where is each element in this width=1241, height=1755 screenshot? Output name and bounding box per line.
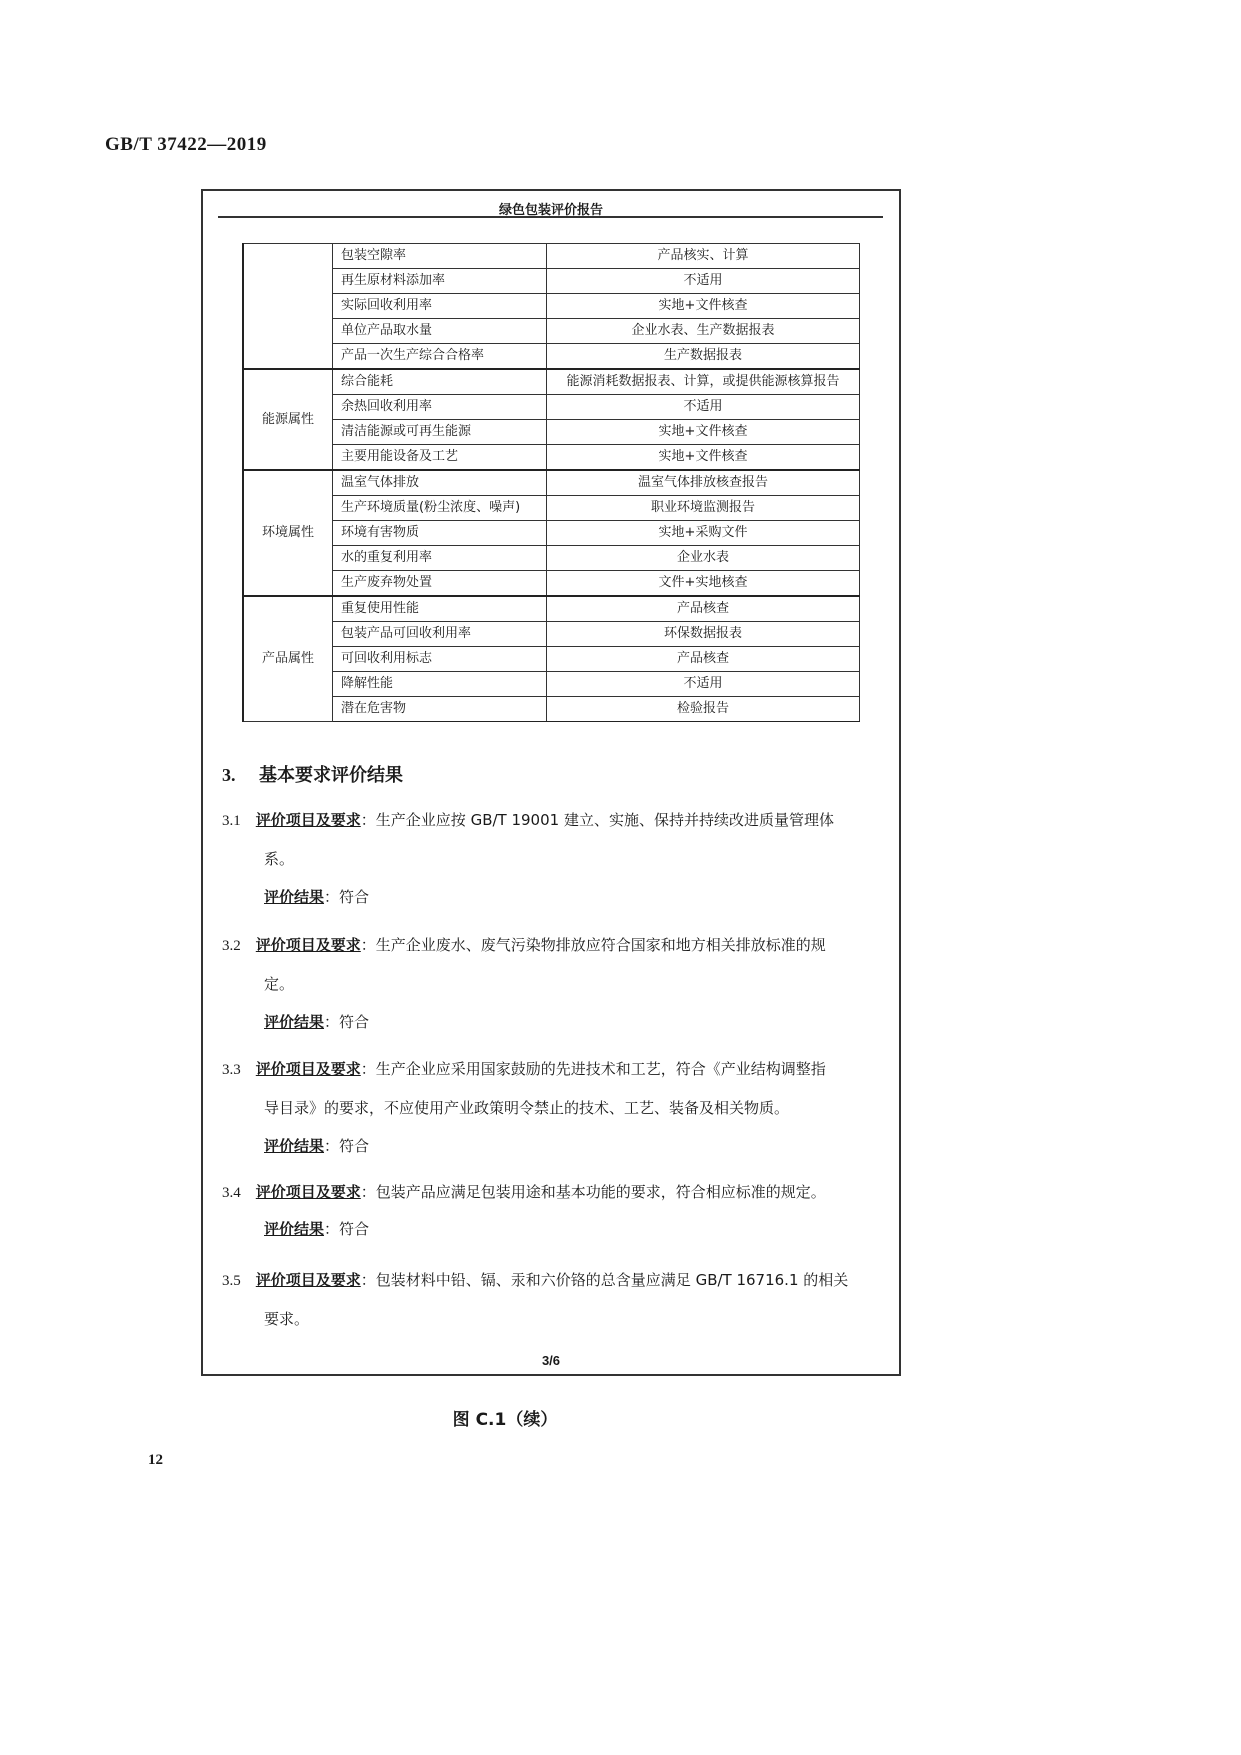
table-row: 清洁能源或可再生能源 实地+文件核查 bbox=[243, 420, 860, 445]
result-value: ：符合 bbox=[324, 1220, 369, 1238]
method-cell: 产品核实、计算 bbox=[547, 244, 860, 269]
result-label: 评价结果 bbox=[264, 1013, 324, 1031]
table-row: 再生原材料添加率 不适用 bbox=[243, 269, 860, 294]
requirement-number: 3.3 bbox=[222, 1051, 251, 1089]
method-cell: 产品核查 bbox=[547, 647, 860, 672]
report-page-indicator: 3/6 bbox=[203, 1353, 899, 1368]
item-cell: 生产废弃物处置 bbox=[333, 571, 547, 597]
table-row: 可回收利用标志 产品核查 bbox=[243, 647, 860, 672]
evaluation-result: 评价结果：符合 bbox=[222, 878, 887, 916]
result-label: 评价结果 bbox=[264, 1220, 324, 1238]
report-frame: 绿色包装评价报告 包装空隙率 产品核实、计算 再生原材料添加率 不适用 实际回收… bbox=[201, 189, 901, 1376]
method-cell: 职业环境监测报告 bbox=[547, 496, 860, 521]
requirement-3-3: 3.3 评价项目及要求：生产企业应采用国家鼓励的先进技术和工艺，符合《产业结构调… bbox=[222, 1050, 887, 1165]
evaluation-result: 评价结果：符合 bbox=[222, 1003, 887, 1041]
requirement-label: 评价项目及要求 bbox=[256, 1271, 361, 1289]
category-cell-environment: 环境属性 bbox=[243, 470, 333, 596]
item-cell: 实际回收利用率 bbox=[333, 294, 547, 319]
title-divider bbox=[218, 216, 883, 218]
table-row: 实际回收利用率 实地+文件核查 bbox=[243, 294, 860, 319]
category-cell-product: 产品属性 bbox=[243, 596, 333, 722]
category-cell bbox=[243, 244, 333, 370]
requirement-text: ：包装产品应满足包装用途和基本功能的要求，符合相应标准的规定。 bbox=[361, 1183, 826, 1201]
section-heading: 3.基本要求评价结果 bbox=[222, 761, 403, 787]
method-cell: 不适用 bbox=[547, 672, 860, 697]
requirement-label: 评价项目及要求 bbox=[256, 811, 361, 829]
requirement-number: 3.2 bbox=[222, 927, 251, 965]
item-cell: 产品一次生产综合合格率 bbox=[333, 344, 547, 370]
method-cell: 检验报告 bbox=[547, 697, 860, 722]
table-row: 包装空隙率 产品核实、计算 bbox=[243, 244, 860, 269]
result-label: 评价结果 bbox=[264, 888, 324, 906]
evaluation-result: 评价结果：符合 bbox=[222, 1211, 887, 1247]
table-row: 降解性能 不适用 bbox=[243, 672, 860, 697]
item-cell: 生产环境质量(粉尘浓度、噪声) bbox=[333, 496, 547, 521]
table-row: 包装产品可回收利用率 环保数据报表 bbox=[243, 622, 860, 647]
method-cell: 不适用 bbox=[547, 269, 860, 294]
method-cell: 实地+文件核查 bbox=[547, 420, 860, 445]
table-row: 主要用能设备及工艺 实地+文件核查 bbox=[243, 445, 860, 471]
table-row: 环境有害物质 实地+采购文件 bbox=[243, 521, 860, 546]
requirement-text-cont: 系。 bbox=[222, 840, 887, 878]
requirement-text: ：生产企业应采用国家鼓励的先进技术和工艺，符合《产业结构调整指 bbox=[361, 1060, 826, 1078]
table-row: 产品一次生产综合合格率 生产数据报表 bbox=[243, 344, 860, 370]
item-cell: 环境有害物质 bbox=[333, 521, 547, 546]
item-cell: 单位产品取水量 bbox=[333, 319, 547, 344]
method-cell: 环保数据报表 bbox=[547, 622, 860, 647]
item-cell: 主要用能设备及工艺 bbox=[333, 445, 547, 471]
method-cell: 产品核查 bbox=[547, 596, 860, 622]
result-value: ：符合 bbox=[324, 1137, 369, 1155]
requirement-text: ：包装材料中铅、镉、汞和六价铬的总含量应满足 GB/T 16716.1 的相关 bbox=[361, 1271, 848, 1289]
method-cell: 企业水表、生产数据报表 bbox=[547, 319, 860, 344]
requirement-text-cont: 导目录》的要求，不应使用产业政策明令禁止的技术、工艺、装备及相关物质。 bbox=[222, 1089, 887, 1127]
category-cell-energy: 能源属性 bbox=[243, 369, 333, 470]
table-row: 产品属性 重复使用性能 产品核查 bbox=[243, 596, 860, 622]
table-row: 水的重复利用率 企业水表 bbox=[243, 546, 860, 571]
requirement-label: 评价项目及要求 bbox=[256, 1183, 361, 1201]
item-cell: 温室气体排放 bbox=[333, 470, 547, 496]
figure-caption: 图 C.1（续） bbox=[0, 1405, 1010, 1430]
table-row: 环境属性 温室气体排放 温室气体排放核查报告 bbox=[243, 470, 860, 496]
standard-header: GB/T 37422—2019 bbox=[105, 134, 267, 156]
table-row: 生产环境质量(粉尘浓度、噪声) 职业环境监测报告 bbox=[243, 496, 860, 521]
item-cell: 清洁能源或可再生能源 bbox=[333, 420, 547, 445]
requirement-number: 3.4 bbox=[222, 1175, 251, 1211]
requirement-number: 3.1 bbox=[222, 802, 251, 840]
section-number: 3. bbox=[222, 765, 259, 786]
item-cell: 可回收利用标志 bbox=[333, 647, 547, 672]
requirement-3-1: 3.1 评价项目及要求：生产企业应按 GB/T 19001 建立、实施、保持并持… bbox=[222, 801, 887, 916]
requirement-number: 3.5 bbox=[222, 1262, 251, 1300]
method-cell: 实地+采购文件 bbox=[547, 521, 860, 546]
table-row: 生产废弃物处置 文件+实地核查 bbox=[243, 571, 860, 597]
requirement-label: 评价项目及要求 bbox=[256, 936, 361, 954]
requirement-3-4: 3.4 评价项目及要求：包装产品应满足包装用途和基本功能的要求，符合相应标准的规… bbox=[222, 1174, 887, 1247]
method-cell: 实地+文件核查 bbox=[547, 294, 860, 319]
evaluation-method-table: 包装空隙率 产品核实、计算 再生原材料添加率 不适用 实际回收利用率 实地+文件… bbox=[242, 243, 860, 722]
item-cell: 余热回收利用率 bbox=[333, 395, 547, 420]
requirement-label: 评价项目及要求 bbox=[256, 1060, 361, 1078]
table-row: 单位产品取水量 企业水表、生产数据报表 bbox=[243, 319, 860, 344]
method-cell: 生产数据报表 bbox=[547, 344, 860, 370]
requirement-text-cont: 定。 bbox=[222, 965, 887, 1003]
method-cell: 温室气体排放核查报告 bbox=[547, 470, 860, 496]
item-cell: 降解性能 bbox=[333, 672, 547, 697]
evaluation-result: 评价结果：符合 bbox=[222, 1127, 887, 1165]
result-label: 评价结果 bbox=[264, 1137, 324, 1155]
requirement-text: ：生产企业应按 GB/T 19001 建立、实施、保持并持续改进质量管理体 bbox=[361, 811, 834, 829]
section-title: 基本要求评价结果 bbox=[259, 765, 403, 786]
item-cell: 再生原材料添加率 bbox=[333, 269, 547, 294]
method-cell: 文件+实地核查 bbox=[547, 571, 860, 597]
requirement-3-5: 3.5 评价项目及要求：包装材料中铅、镉、汞和六价铬的总含量应满足 GB/T 1… bbox=[222, 1261, 887, 1338]
item-cell: 综合能耗 bbox=[333, 369, 547, 395]
item-cell: 水的重复利用率 bbox=[333, 546, 547, 571]
requirement-3-2: 3.2 评价项目及要求：生产企业废水、废气污染物排放应符合国家和地方相关排放标准… bbox=[222, 926, 887, 1041]
result-value: ：符合 bbox=[324, 888, 369, 906]
item-cell: 包装空隙率 bbox=[333, 244, 547, 269]
result-value: ：符合 bbox=[324, 1013, 369, 1031]
method-cell: 企业水表 bbox=[547, 546, 860, 571]
table-row: 余热回收利用率 不适用 bbox=[243, 395, 860, 420]
method-cell: 实地+文件核查 bbox=[547, 445, 860, 471]
item-cell: 重复使用性能 bbox=[333, 596, 547, 622]
standard-id: GB/T 37422—2019 bbox=[105, 134, 267, 155]
method-cell: 不适用 bbox=[547, 395, 860, 420]
requirement-text: ：生产企业废水、废气污染物排放应符合国家和地方相关排放标准的规 bbox=[361, 936, 826, 954]
item-cell: 潜在危害物 bbox=[333, 697, 547, 722]
table-row: 潜在危害物 检验报告 bbox=[243, 697, 860, 722]
item-cell: 包装产品可回收利用率 bbox=[333, 622, 547, 647]
method-cell: 能源消耗数据报表、计算，或提供能源核算报告 bbox=[547, 369, 860, 395]
page-number: 12 bbox=[148, 1452, 163, 1469]
requirement-text-cont: 要求。 bbox=[222, 1300, 887, 1338]
table-row: 能源属性 综合能耗 能源消耗数据报表、计算，或提供能源核算报告 bbox=[243, 369, 860, 395]
